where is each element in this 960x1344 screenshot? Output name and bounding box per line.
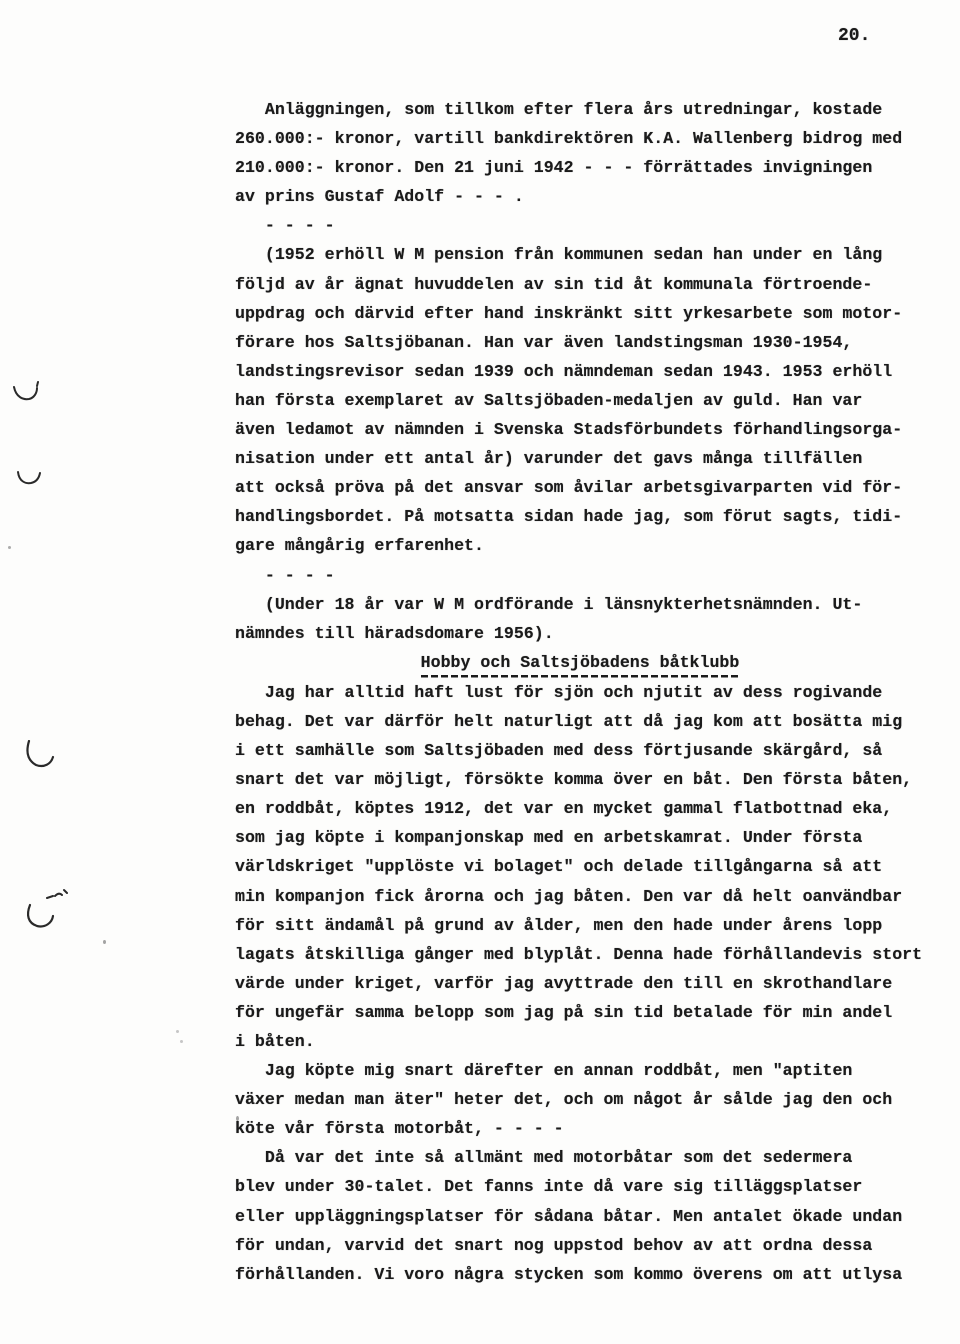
- typewritten-text-block: Anläggningen, som tillkom efter flera år…: [235, 95, 925, 1289]
- dash-separator: - - - -: [235, 561, 925, 590]
- page-number: 20.: [838, 26, 870, 46]
- text-line: värde under kriget, varför jag avyttrade…: [235, 969, 925, 998]
- text-line: nisation under ett antal år) varunder de…: [235, 444, 925, 473]
- text-line: blev under 30-talet. Det fanns inte då v…: [235, 1172, 925, 1201]
- text-line: 210.000:- kronor. Den 21 juni 1942 - - -…: [235, 153, 925, 182]
- text-line: eller uppläggningsplatser för sådana båt…: [235, 1202, 925, 1231]
- handwritten-curve-mark-icon: [16, 464, 42, 488]
- handwritten-squiggle-mark-icon: [46, 886, 70, 902]
- text-line: för undan, varvid det snart nog uppstod …: [235, 1231, 925, 1260]
- scan-speck: [8, 546, 11, 549]
- text-line: en roddbåt, köptes 1912, det var en myck…: [235, 794, 925, 823]
- text-line: som jag köpte i kompanjonskap med en arb…: [235, 823, 925, 852]
- text-line: även ledamot av nämnden i Svenska Stadsf…: [235, 415, 925, 444]
- text-line: (Under 18 år var W M ordförande i länsny…: [235, 590, 925, 619]
- text-line: i båten.: [235, 1027, 925, 1056]
- text-line: att också pröva på det ansvar som åvilar…: [235, 473, 925, 502]
- text-line: förhållanden. Vi voro några stycken som …: [235, 1260, 925, 1289]
- text-line: lagats åtskilliga gånger med blyplåt. De…: [235, 940, 925, 969]
- text-line: i ett samhälle som Saltsjöbaden med dess…: [235, 736, 925, 765]
- text-line: förare hos Saltsjöbanan. Han var även la…: [235, 328, 925, 357]
- scanned-document-page: 20. Anläggningen, som tillkom efter fler…: [0, 0, 960, 1344]
- text-line: växer medan man äter" heter det, och om …: [235, 1085, 925, 1114]
- scan-speck: [103, 940, 106, 944]
- text-line: Jag köpte mig snart därefter en annan ro…: [235, 1056, 925, 1085]
- text-line: behag. Det var därför helt naturligt att…: [235, 707, 925, 736]
- scan-speck: [236, 1116, 239, 1121]
- text-line: handlingsbordet. På motsatta sidan hade …: [235, 502, 925, 531]
- text-line: världskriget "upplöste vi bolaget" och d…: [235, 852, 925, 881]
- dash-separator: - - - -: [235, 211, 925, 240]
- text-line: Då var det inte så allmänt med motorbåta…: [235, 1143, 925, 1172]
- text-line: nämndes till häradsdomare 1956).: [235, 619, 925, 648]
- text-line: köte vår första motorbåt, - - - -: [235, 1114, 925, 1143]
- text-line: av prins Gustaf Adolf - - - .: [235, 182, 925, 211]
- text-line: min kompanjon fick årorna och jag båten.…: [235, 882, 925, 911]
- text-line: (1952 erhöll W M pension från kommunen s…: [235, 240, 925, 269]
- text-line: följd av år ägnat huvuddelen av sin tid …: [235, 270, 925, 299]
- scan-speck: [176, 1030, 179, 1033]
- text-line: snart det var möjligt, försökte komma öv…: [235, 765, 925, 794]
- text-line: för sitt ändamål på grund av ålder, men …: [235, 911, 925, 940]
- text-line: för ungefär samma belopp som jag på sin …: [235, 998, 925, 1027]
- text-line: han första exemplaret av Saltsjöbaden-me…: [235, 386, 925, 415]
- text-line: Jag har alltid haft lust för sjön och nj…: [235, 678, 925, 707]
- scan-speck: [180, 1040, 183, 1043]
- text-line: Anläggningen, som tillkom efter flera år…: [235, 95, 925, 124]
- handwritten-curve-mark-icon: [24, 740, 56, 770]
- section-heading: Hobby och Saltsjöbadens båtklubb: [235, 648, 925, 678]
- handwritten-curve-mark-icon: [24, 903, 56, 931]
- text-line: landstingsrevisor sedan 1939 och nämndem…: [235, 357, 925, 386]
- text-line: uppdrag och därvid efter hand inskränkt …: [235, 299, 925, 328]
- text-line: gare mångårig erfarenhet.: [235, 531, 925, 560]
- handwritten-curve-mark-icon: [12, 380, 40, 404]
- section-heading-text: Hobby och Saltsjöbadens båtklubb: [421, 648, 740, 678]
- text-line: 260.000:- kronor, vartill bankdirektören…: [235, 124, 925, 153]
